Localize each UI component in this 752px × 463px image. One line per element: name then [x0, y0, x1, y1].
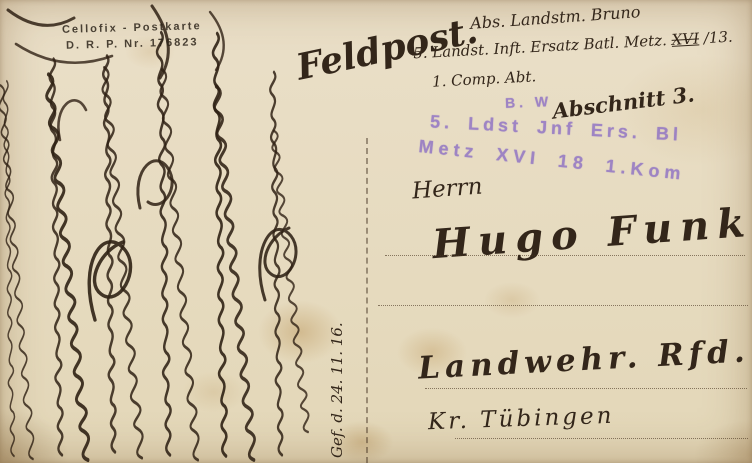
address-rule-2 — [378, 305, 748, 306]
date-note: Gef. d. 24. 11. 16. — [328, 322, 346, 458]
address-salutation: Herrn — [411, 174, 483, 205]
sender-number: /13. — [703, 28, 733, 47]
military-stamp-line-1: B. W — [505, 93, 553, 111]
address-rule-1 — [385, 255, 745, 256]
postcard-back: Cellofix - Postkarte D. R. P. Nr. 176823… — [0, 0, 752, 463]
message-address-divider — [366, 138, 368, 463]
address-rule-4 — [455, 438, 748, 439]
sender-district-crossed: XVI — [671, 29, 699, 48]
address-rule-3 — [425, 388, 747, 389]
